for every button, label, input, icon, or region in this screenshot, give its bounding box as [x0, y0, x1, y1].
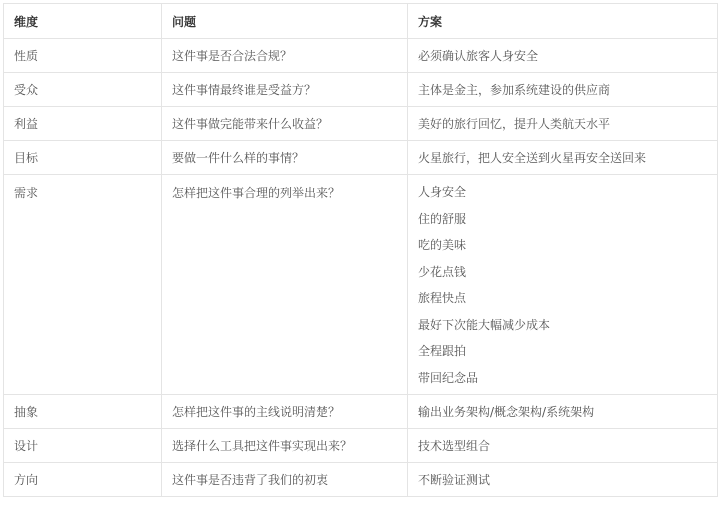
list-item: 住的舒服 — [418, 211, 717, 238]
cell-dimension: 性质 — [4, 39, 162, 73]
table-row: 利益 这件事做完能带来什么收益？ 美好的旅行回忆，提升人类航天水平 — [4, 107, 718, 141]
cell-dimension: 利益 — [4, 107, 162, 141]
header-row: 维度 问题 方案 — [4, 4, 718, 39]
table-row: 抽象 怎样把这件事的主线说明清楚？ 输出业务架构/概念架构/系统架构 — [4, 395, 718, 429]
list-item: 全程跟拍 — [418, 343, 717, 370]
table-row: 目标 要做一件什么样的事情？ 火星旅行，把人安全送到火星再安全送回来 — [4, 141, 718, 175]
cell-solution-list: 人身安全 住的舒服 吃的美味 少花点钱 旅程快点 最好下次能大幅减少成本 全程跟… — [408, 175, 718, 395]
table-row: 需求 怎样把这件事合理的列举出来？ 人身安全 住的舒服 吃的美味 少花点钱 旅程… — [4, 175, 718, 395]
table-row: 性质 这件事是否合法合规？ 必须确认旅客人身安全 — [4, 39, 718, 73]
cell-solution: 不断验证测试 — [408, 463, 718, 497]
header-solution: 方案 — [408, 4, 718, 39]
list-item: 最好下次能大幅减少成本 — [418, 317, 717, 344]
table-row: 设计 选择什么工具把这件事实现出来？ 技术选型组合 — [4, 429, 718, 463]
cell-dimension: 目标 — [4, 141, 162, 175]
cell-dimension: 需求 — [4, 175, 162, 395]
cell-dimension: 设计 — [4, 429, 162, 463]
cell-question: 怎样把这件事的主线说明清楚？ — [162, 395, 408, 429]
cell-question: 这件事是否合法合规？ — [162, 39, 408, 73]
cell-question: 这件事做完能带来什么收益？ — [162, 107, 408, 141]
list-item: 吃的美味 — [418, 237, 717, 264]
header-question: 问题 — [162, 4, 408, 39]
cell-dimension: 方向 — [4, 463, 162, 497]
cell-question: 这件事情最终谁是受益方？ — [162, 73, 408, 107]
list-item: 旅程快点 — [418, 290, 717, 317]
cell-dimension: 抽象 — [4, 395, 162, 429]
cell-question: 选择什么工具把这件事实现出来？ — [162, 429, 408, 463]
cell-solution: 技术选型组合 — [408, 429, 718, 463]
table-row: 方向 这件事是否违背了我们的初衷 不断验证测试 — [4, 463, 718, 497]
list-item: 人身安全 — [418, 184, 717, 211]
dimension-table: 维度 问题 方案 性质 这件事是否合法合规？ 必须确认旅客人身安全 受众 这件事… — [3, 3, 718, 497]
cell-solution: 必须确认旅客人身安全 — [408, 39, 718, 73]
list-item: 少花点钱 — [418, 264, 717, 291]
cell-solution: 输出业务架构/概念架构/系统架构 — [408, 395, 718, 429]
cell-solution: 美好的旅行回忆，提升人类航天水平 — [408, 107, 718, 141]
cell-question: 要做一件什么样的事情？ — [162, 141, 408, 175]
table-row: 受众 这件事情最终谁是受益方？ 主体是金主，参加系统建设的供应商 — [4, 73, 718, 107]
cell-dimension: 受众 — [4, 73, 162, 107]
header-dimension: 维度 — [4, 4, 162, 39]
cell-solution: 火星旅行，把人安全送到火星再安全送回来 — [408, 141, 718, 175]
cell-question: 这件事是否违背了我们的初衷 — [162, 463, 408, 497]
cell-solution: 主体是金主，参加系统建设的供应商 — [408, 73, 718, 107]
list-item: 带回纪念品 — [418, 370, 717, 386]
cell-question: 怎样把这件事合理的列举出来？ — [162, 175, 408, 395]
